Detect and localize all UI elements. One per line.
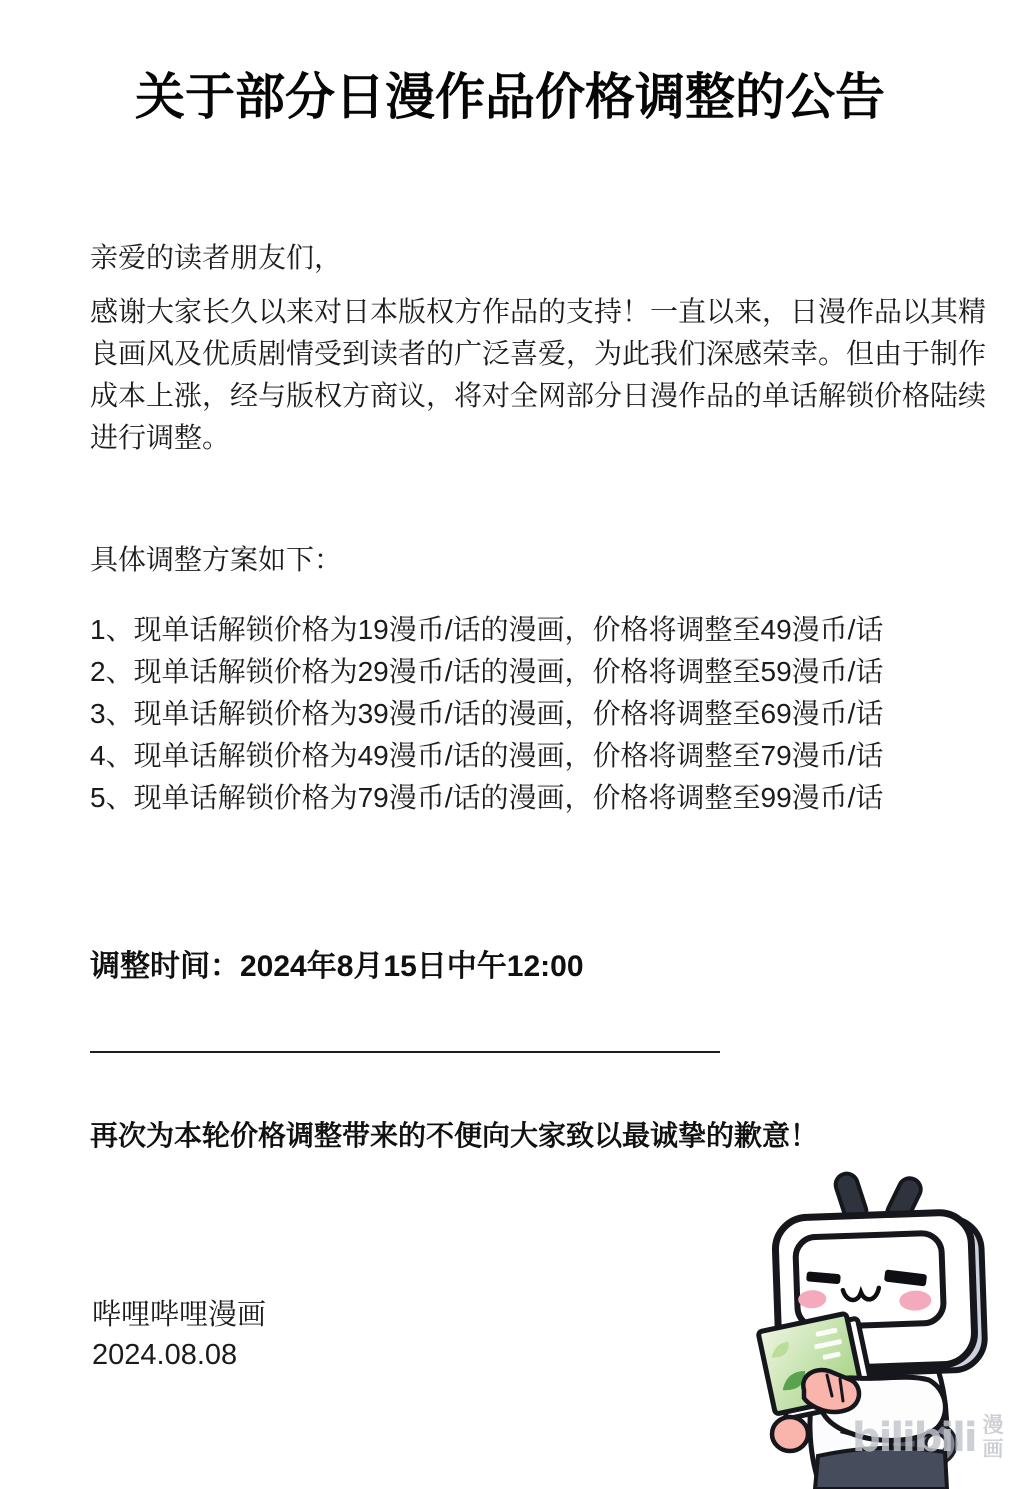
plan-item-4: 4、现单话解锁价格为49漫币/话的漫画，价格将调整至79漫币/话 <box>90 735 990 777</box>
plan-item-1: 1、现单话解锁价格为19漫币/话的漫画，价格将调整至49漫币/话 <box>90 609 990 651</box>
schedule-value: 2024年8月15日中午12:00 <box>240 950 584 983</box>
plan-item-5: 5、现单话解锁价格为79漫币/话的漫画，价格将调整至99漫币/话 <box>90 777 990 819</box>
greeting-text: 亲爱的读者朋友们， <box>90 237 342 279</box>
intro-paragraph: 感谢大家长久以来对日本版权方作品的支持！一直以来，日漫作品以其精良画风及优质剧情… <box>90 291 994 459</box>
tv-mascot-icon <box>730 1170 1010 1489</box>
plan-item-2: 2、现单话解锁价格为29漫币/话的漫画，价格将调整至59漫币/话 <box>90 651 990 693</box>
announcement-page: 关于部分日漫作品价格调整的公告 亲爱的读者朋友们， 感谢大家长久以来对日本版权方… <box>0 0 1020 1489</box>
plan-heading: 具体调整方案如下： <box>90 539 342 581</box>
plan-item-3: 3、现单话解锁价格为39漫币/话的漫画，价格将调整至69漫币/话 <box>90 693 990 735</box>
plan-list: 1、现单话解锁价格为19漫币/话的漫画，价格将调整至49漫币/话 2、现单话解锁… <box>90 609 990 819</box>
schedule-label: 调整时间： <box>90 950 240 983</box>
bilibili-tv-mascot-illustration <box>730 1170 1010 1489</box>
apology-line: 再次为本轮价格调整带来的不便向大家致以最诚挚的歉意！ <box>90 1115 818 1157</box>
schedule-line: 调整时间：2024年8月15日中午12:00 <box>90 946 584 988</box>
divider-line <box>90 1051 720 1053</box>
signature-name: 哔哩哔哩漫画 <box>92 1294 266 1336</box>
signature-date: 2024.08.08 <box>92 1334 237 1376</box>
page-title: 关于部分日漫作品价格调整的公告 <box>0 66 1020 129</box>
